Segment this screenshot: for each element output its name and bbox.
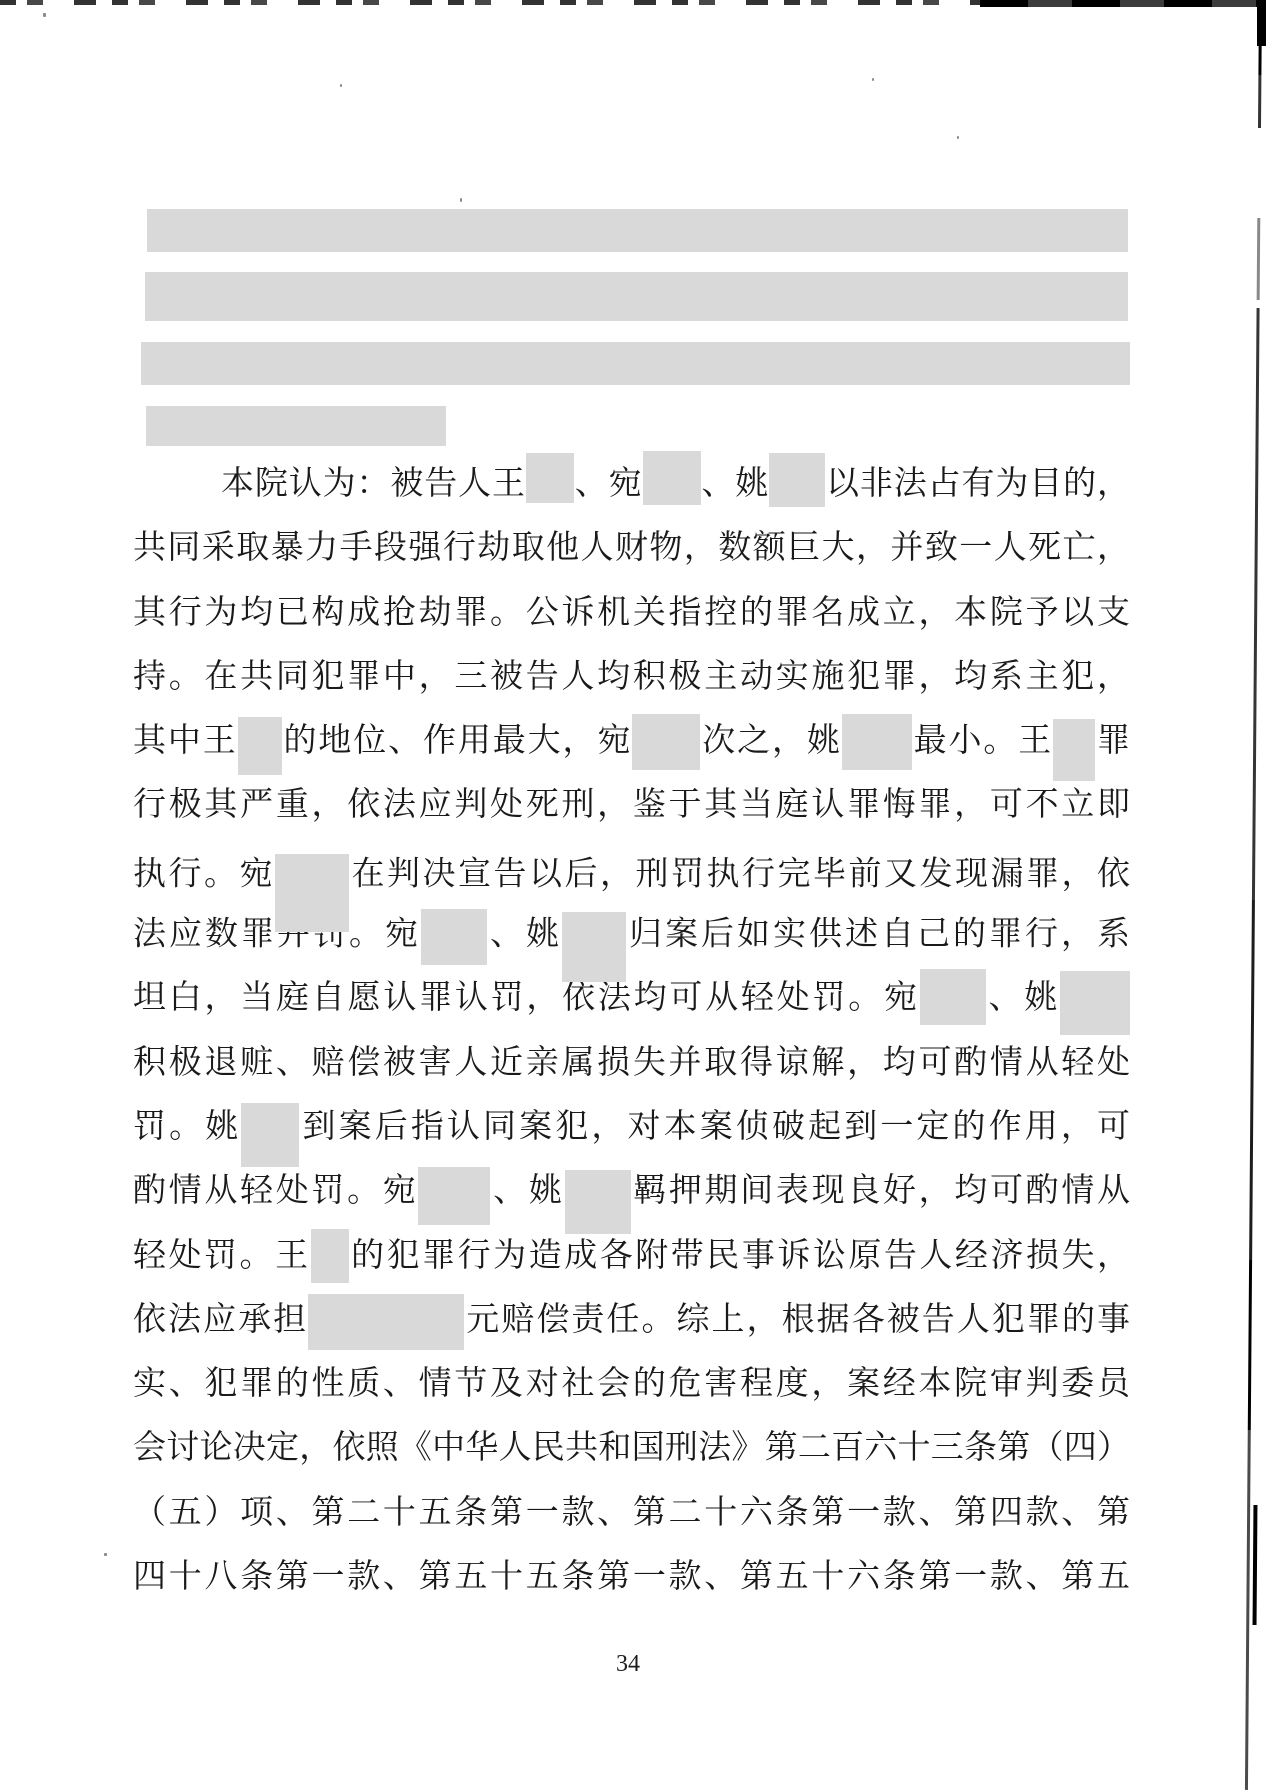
scan-speck (957, 136, 959, 139)
inline-redaction (632, 714, 700, 770)
text-segment: 其中王 (133, 723, 238, 759)
text-segment: 在判决宣告以后，刑罚执行完毕前又发现漏罪，依 (349, 856, 1130, 892)
inline-redaction (311, 1229, 349, 1283)
redaction-block (145, 272, 1128, 321)
scan-speck (43, 13, 46, 17)
inline-redaction (565, 1170, 631, 1234)
text-segment: 轻处罚。王 (133, 1238, 311, 1274)
text-line: 本院认为：被告人王、宛、姚以非法占有为目的， (133, 452, 1130, 516)
scanned-document-page: 本院认为：被告人王、宛、姚以非法占有为目的，共同采取暴力手段强行劫取他人财物，数… (0, 0, 1266, 1790)
text-segment: 罚。姚 (133, 1109, 241, 1145)
inline-redaction (241, 1103, 299, 1167)
inline-redaction (418, 1167, 490, 1225)
text-segment: 罪 (1095, 723, 1130, 759)
text-segment: 的地位、作用最大，宛 (282, 723, 633, 759)
text-line: 轻处罚。王的犯罪行为造成各附带民事诉讼原告人经济损失， (133, 1224, 1130, 1288)
judgment-body-text: 本院认为：被告人王、宛、姚以非法占有为目的，共同采取暴力手段强行劫取他人财物，数… (133, 452, 1130, 1609)
text-segment: 到案后指认同案犯，对本案侦破起到一定的作用，可 (299, 1109, 1130, 1145)
redaction-block (147, 209, 1128, 252)
text-segment: 酌情从轻处罚。宛 (133, 1173, 418, 1209)
scan-artifact-top-right (980, 0, 1266, 7)
text-line: 积极退赃、赔偿被害人近亲属损失并取得谅解，均可酌情从轻处 (133, 1031, 1130, 1095)
text-segment: 执行。宛 (133, 856, 275, 892)
inline-redaction (308, 1294, 464, 1350)
text-segment: 共同采取暴力手段强行劫取他人财物，数额巨大，并致一人死亡， (133, 530, 1130, 566)
inline-redaction (842, 714, 912, 770)
text-line: 持。在共同犯罪中，三被告人均积极主动实施犯罪，均系主犯， (133, 645, 1130, 709)
scan-speck (460, 198, 462, 202)
redaction-block (141, 342, 1130, 385)
text-segment: 、姚 (487, 917, 562, 953)
text-line: 罚。姚到案后指认同案犯，对本案侦破起到一定的作用，可 (133, 1095, 1130, 1159)
text-line: 其行为均已构成抢劫罪。公诉机关指控的罪名成立，本院予以支 (133, 581, 1130, 645)
text-line: 坦白，当庭自愿认罪认罚，依法均可从轻处罚。宛、姚 (133, 966, 1130, 1030)
page-number: 34 (0, 1648, 1261, 1680)
text-segment: 实、犯罪的性质、情节及对社会的危害程度，案经本院审判委员 (133, 1366, 1130, 1402)
text-segment: 行极其严重，依法应判处死刑，鉴于其当庭认罪悔罪，可不立即 (133, 787, 1130, 823)
text-line: 其中王的地位、作用最大，宛次之，姚最小。王罪 (133, 709, 1130, 773)
text-segment: 、宛 (574, 466, 643, 502)
text-segment: 以非法占有为目的， (825, 466, 1130, 502)
text-segment: 、姚 (490, 1173, 564, 1209)
inline-redaction (562, 912, 626, 982)
scan-speck (340, 84, 342, 87)
redaction-block (146, 406, 446, 446)
scan-speck (872, 78, 874, 81)
text-segment: 羁押期间表现良好，均可酌情从 (631, 1173, 1131, 1209)
text-segment: 积极退赃、赔偿被害人近亲属损失并取得谅解，均可酌情从轻处 (133, 1045, 1130, 1081)
text-line: 依法应承担元赔偿责任。综上，根据各被告人犯罪的事 (133, 1288, 1130, 1352)
inline-redaction (526, 453, 574, 503)
text-line: 行极其严重，依法应判处死刑，鉴于其当庭认罪悔罪，可不立即 (133, 773, 1130, 837)
text-segment: 、姚 (701, 466, 770, 502)
text-line: 会讨论决定，依照《中华人民共和国刑法》第二百六十三条第（四） (133, 1416, 1130, 1480)
text-segment: 四十八条第一款、第五十五条第一款、第五十六条第一款、第五 (133, 1559, 1130, 1595)
inline-redaction (421, 909, 487, 965)
text-segment: 最小。王 (912, 723, 1053, 759)
text-segment: 其行为均已构成抢劫罪。公诉机关指控的罪名成立，本院予以支 (133, 595, 1130, 631)
scan-speck (104, 1553, 107, 1556)
text-line: 酌情从轻处罚。宛、姚羁押期间表现良好，均可酌情从 (133, 1159, 1130, 1223)
inline-redaction (238, 717, 282, 775)
inline-redaction (1060, 971, 1130, 1035)
inline-redaction (643, 451, 701, 505)
scan-artifact-right-streak (1253, 1505, 1258, 1625)
text-segment: 的犯罪行为造成各附带民事诉讼原告人经济损失， (349, 1238, 1130, 1274)
text-line: 实、犯罪的性质、情节及对社会的危害程度，案经本院审判委员 (133, 1352, 1130, 1416)
text-segment: （五）项、第二十五条第一款、第二十六条第一款、第四款、第 (133, 1495, 1130, 1531)
inline-redaction (920, 969, 986, 1025)
text-segment: 本院认为：被告人王 (221, 466, 526, 502)
text-segment: 持。在共同犯罪中，三被告人均积极主动实施犯罪，均系主犯， (133, 659, 1130, 695)
inline-redaction (1053, 719, 1095, 781)
text-line: 执行。宛在判决宣告以后，刑罚执行完毕前又发现漏罪，依 (133, 838, 1130, 902)
text-segment: 、姚 (986, 980, 1060, 1016)
text-line: 共同采取暴力手段强行劫取他人财物，数额巨大，并致一人死亡， (133, 516, 1130, 580)
text-segment: 依法应承担 (133, 1302, 308, 1338)
text-segment: 坦白，当庭自愿认罪认罚，依法均可从轻处罚。宛 (133, 980, 920, 1016)
text-segment: 归案后如实供述自己的罪行，系 (626, 917, 1130, 953)
inline-redaction (769, 453, 825, 507)
text-segment: 次之，姚 (700, 723, 841, 759)
text-line: （五）项、第二十五条第一款、第二十六条第一款、第四款、第 (133, 1481, 1130, 1545)
text-segment: 元赔偿责任。综上，根据各被告人犯罪的事 (464, 1302, 1130, 1338)
inline-redaction (275, 854, 349, 932)
text-segment: 会讨论决定，依照《中华人民共和国刑法》第二百六十三条第（四） (133, 1430, 1130, 1466)
text-line: 四十八条第一款、第五十五条第一款、第五十六条第一款、第五 (133, 1545, 1130, 1609)
